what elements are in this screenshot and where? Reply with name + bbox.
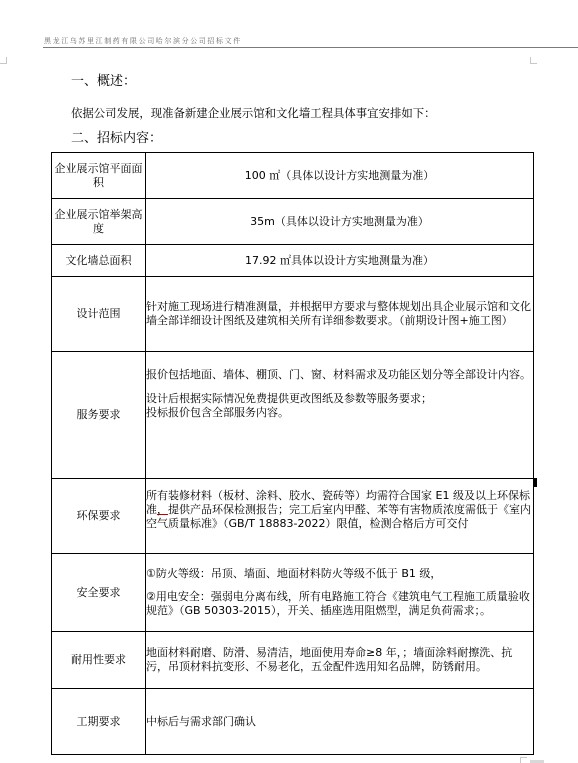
- table-row: 环保要求 所有装修材料（板材、涂料、胶水、瓷砖等）均需符合国家 E1 级及以上环…: [52, 479, 534, 554]
- section-heading-overview: 一、概述：: [71, 70, 136, 89]
- table-row: 服务要求 报价包括地面、墙体、棚顶、门、窗、材料需求及功能区划分等全部设计内容。…: [52, 352, 534, 479]
- page-header-text: 黑龙江乌苏里江制药有限公司哈尔滨分公司招标文件: [44, 36, 242, 46]
- margin-corner-mark: [520, 757, 527, 763]
- safety-line: ①防火等级：吊顶、墙面、地面材料防火等级不低于 B1 级，: [146, 567, 533, 581]
- row-label: 设计范围: [52, 277, 146, 352]
- row-value[interactable]: 35m（具体以设计方实地测量为准）: [146, 199, 534, 245]
- table-row: 设计范围 针对施工现场进行精准测量，并根据甲方要求与整体规划出具企业展示馆和文化…: [52, 277, 534, 352]
- row-value[interactable]: 中标后与需求部门确认: [146, 689, 534, 755]
- header-divider: [43, 47, 578, 48]
- table-row: 企业展示馆平面面积 100 ㎡（具体以设计方实地测量为准）: [52, 153, 534, 199]
- tender-spec-table: 企业展示馆平面面积 100 ㎡（具体以设计方实地测量为准） 企业展示馆举架高度 …: [51, 152, 534, 755]
- row-value[interactable]: 针对施工现场进行精准测量，并根据甲方要求与整体规划出具企业展示馆和文化墙全部详细…: [146, 277, 534, 352]
- row-label: 企业展示馆平面面积: [52, 153, 146, 199]
- overview-paragraph: 依据公司发展，现准备新建企业展示馆和文化墙工程具体事宜安排如下：: [71, 105, 436, 121]
- row-value[interactable]: 报价包括地面、墙体、棚顶、门、窗、材料需求及功能区划分等全部设计内容。 设计后根…: [146, 352, 534, 479]
- row-label: 企业展示馆举架高度: [52, 199, 146, 245]
- row-label: 服务要求: [52, 352, 146, 479]
- row-label: 文化墙总面积: [52, 245, 146, 277]
- service-line: 投标报价包含全部服务内容。: [146, 406, 533, 420]
- row-label: 工期要求: [52, 689, 146, 755]
- service-line: 设计后根据实际情况免费提供更改图纸及参数等服务要求；: [146, 392, 533, 406]
- row-value[interactable]: 地面材料耐磨、防滑、易清洁，地面使用寿命≥8 年，；墙面涂料耐擦洗、抗污，吊顶材…: [146, 632, 534, 689]
- table-row: 安全要求 ①防火等级：吊顶、墙面、地面材料防火等级不低于 B1 级， ②用电安全…: [52, 554, 534, 632]
- row-value[interactable]: 100 ㎡（具体以设计方实地测量为准）: [146, 153, 534, 199]
- row-value[interactable]: 所有装修材料（板材、涂料、胶水、瓷砖等）均需符合国家 E1 级及以上环保标准，提…: [146, 479, 534, 554]
- table-row: 文化墙总面积 17.92 ㎡具体以设计方实地测量为准）: [52, 245, 534, 277]
- spellcheck-marked-text: ，: [157, 503, 168, 516]
- table-row: 耐用性要求 地面材料耐磨、防滑、易清洁，地面使用寿命≥8 年，；墙面涂料耐擦洗、…: [52, 632, 534, 689]
- safety-line: ②用电安全：强弱电分离布线，所有电路施工符合《建筑电气工程施工质量验收规范》（G…: [146, 590, 533, 618]
- table-row: 企业展示馆举架高度 35m（具体以设计方实地测量为准）: [52, 199, 534, 245]
- margin-corner-mark: [0, 57, 7, 64]
- margin-corner-mark: [530, 57, 537, 64]
- row-value[interactable]: ①防火等级：吊顶、墙面、地面材料防火等级不低于 B1 级， ②用电安全：强弱电分…: [146, 554, 534, 632]
- row-label: 环保要求: [52, 479, 146, 554]
- section-heading-tender-content: 二、招标内容：: [71, 127, 162, 146]
- env-text-part: 提供产品环保检测报告；完工后室内甲醛、苯等有害物质浓度需低于《室内空气质量标准》…: [146, 503, 531, 530]
- row-label: 安全要求: [52, 554, 146, 632]
- row-value[interactable]: 17.92 ㎡具体以设计方实地测量为准）: [146, 245, 534, 277]
- row-label: 耐用性要求: [52, 632, 146, 689]
- table-row: 工期要求 中标后与需求部门确认: [52, 689, 534, 755]
- text-cursor-marker: [534, 478, 537, 487]
- service-line: 报价包括地面、墙体、棚顶、门、窗、材料需求及功能区划分等全部设计内容。: [146, 364, 533, 386]
